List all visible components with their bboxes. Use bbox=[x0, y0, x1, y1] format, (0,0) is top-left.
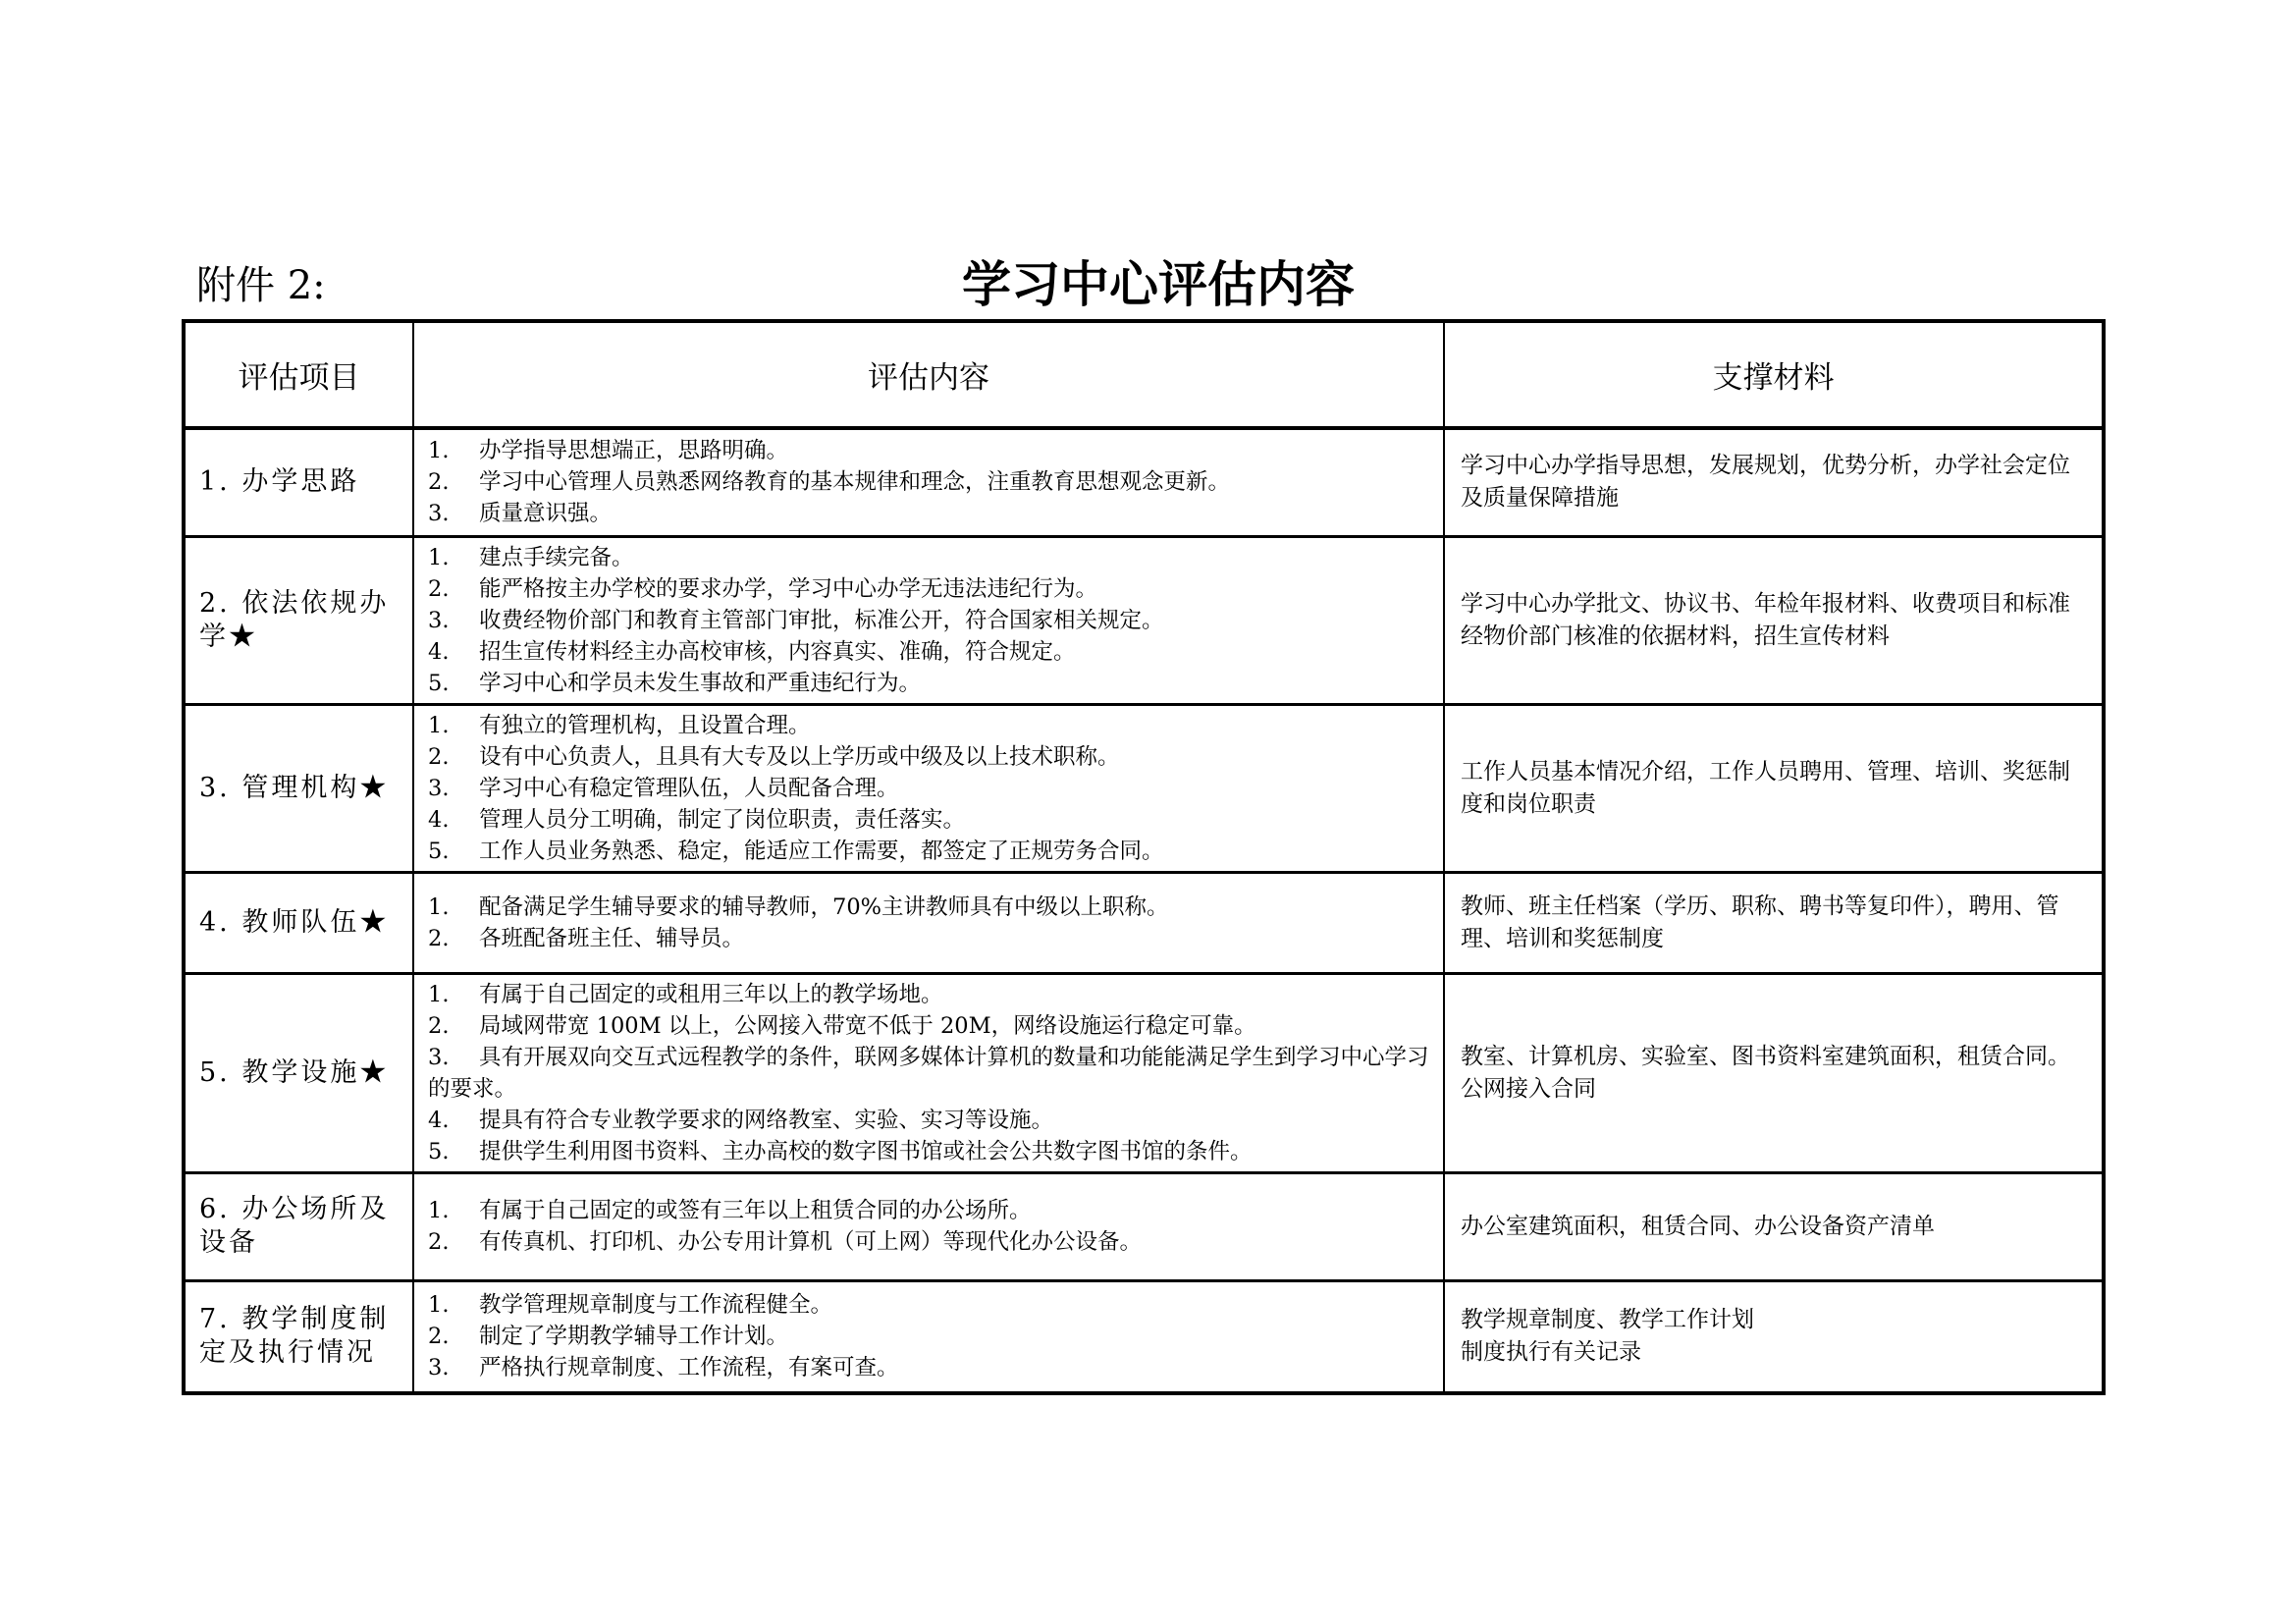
table-row: 6. 办公场所及设备1.有属于自己固定的或签有三年以上租赁合同的办公场所。2.有… bbox=[184, 1172, 2104, 1280]
list-text: 教学管理规章制度与工作流程健全。 bbox=[479, 1292, 832, 1318]
column-header-materials: 支撑材料 bbox=[1444, 321, 2104, 428]
content-list: 1.有独立的管理机构，且设置合理。2.设有中心负责人，且具有大专及以上学历或中级… bbox=[428, 710, 1431, 867]
list-number: 1. bbox=[428, 1289, 479, 1321]
list-text: 能严格按主办学校的要求办学，学习中心办学无违法违纪行为。 bbox=[479, 576, 1097, 602]
list-text: 学习中心管理人员熟悉网络教育的基本规律和理念，注重教育思想观念更新。 bbox=[479, 469, 1230, 495]
content-list-item: 2.有传真机、打印机、办公专用计算机（可上网）等现代化办公设备。 bbox=[428, 1226, 1431, 1258]
content-list-item: 2.制定了学期教学辅导工作计划。 bbox=[428, 1321, 1431, 1352]
list-text: 各班配备班主任、辅导员。 bbox=[479, 926, 744, 951]
evaluation-content: 1.有独立的管理机构，且设置合理。2.设有中心负责人，且具有大专及以上学历或中级… bbox=[413, 704, 1444, 872]
content-list-item: 1.配备满足学生辅导要求的辅导教师，70%主讲教师具有中级以上职称。 bbox=[428, 892, 1431, 923]
list-number: 2. bbox=[428, 1321, 479, 1352]
list-text: 具有开展双向交互式远程教学的条件，联网多媒体计算机的数量和功能能满足学生到学习中… bbox=[428, 1045, 1429, 1102]
content-list-item: 2.各班配备班主任、辅导员。 bbox=[428, 923, 1431, 954]
list-text: 管理人员分工明确，制定了岗位职责，责任落实。 bbox=[479, 807, 965, 833]
content-list-item: 2.学习中心管理人员熟悉网络教育的基本规律和理念，注重教育思想观念更新。 bbox=[428, 466, 1431, 498]
content-list-item: 4.管理人员分工明确，制定了岗位职责，责任落实。 bbox=[428, 804, 1431, 836]
list-text: 提具有符合专业教学要求的网络教室、实验、实习等设施。 bbox=[479, 1108, 1053, 1133]
supporting-materials: 学习中心办学指导思想，发展规划，优势分析，办学社会定位及质量保障措施 bbox=[1444, 428, 2104, 536]
table-row: 5. 教学设施★1.有属于自己固定的或租用三年以上的教学场地。2.局域网带宽 1… bbox=[184, 973, 2104, 1172]
supporting-materials: 工作人员基本情况介绍，工作人员聘用、管理、培训、奖惩制度和岗位职责 bbox=[1444, 704, 2104, 872]
list-text: 设有中心负责人，且具有大专及以上学历或中级及以上技术职称。 bbox=[479, 744, 1120, 770]
list-text: 收费经物价部门和教育主管部门审批，标准公开，符合国家相关规定。 bbox=[479, 608, 1164, 633]
list-text: 建点手续完备。 bbox=[479, 545, 634, 570]
list-text: 办学指导思想端正，思路明确。 bbox=[479, 438, 788, 463]
content-list-item: 3.质量意识强。 bbox=[428, 498, 1431, 529]
list-text: 有独立的管理机构，且设置合理。 bbox=[479, 713, 811, 738]
list-number: 3. bbox=[428, 1042, 479, 1073]
list-text: 质量意识强。 bbox=[479, 501, 612, 526]
table-row: 2. 依法依规办学★1.建点手续完备。2.能严格按主办学校的要求办学，学习中心办… bbox=[184, 536, 2104, 704]
list-number: 2. bbox=[428, 1226, 479, 1258]
list-number: 2. bbox=[428, 741, 479, 773]
table-body: 1. 办学思路1.办学指导思想端正，思路明确。2.学习中心管理人员熟悉网络教育的… bbox=[184, 428, 2104, 1393]
content-list: 1.教学管理规章制度与工作流程健全。2.制定了学期教学辅导工作计划。3.严格执行… bbox=[428, 1289, 1431, 1383]
list-text: 学习中心有稳定管理队伍，人员配备合理。 bbox=[479, 776, 899, 801]
column-header-item: 评估项目 bbox=[184, 321, 413, 428]
evaluation-item: 2. 依法依规办学★ bbox=[184, 536, 413, 704]
list-number: 4. bbox=[428, 804, 479, 836]
evaluation-content: 1.有属于自己固定的或租用三年以上的教学场地。2.局域网带宽 100M 以上，公… bbox=[413, 973, 1444, 1172]
list-number: 1. bbox=[428, 542, 479, 573]
content-list-item: 5.工作人员业务熟悉、稳定，能适应工作需要，都签定了正规劳务合同。 bbox=[428, 836, 1431, 867]
list-number: 3. bbox=[428, 773, 479, 804]
content-list-item: 1.建点手续完备。 bbox=[428, 542, 1431, 573]
content-list-item: 1.教学管理规章制度与工作流程健全。 bbox=[428, 1289, 1431, 1321]
table-row: 7. 教学制度制定及执行情况1.教学管理规章制度与工作流程健全。2.制定了学期教… bbox=[184, 1280, 2104, 1393]
list-number: 1. bbox=[428, 1195, 479, 1226]
list-text: 学习中心和学员未发生事故和严重违纪行为。 bbox=[479, 671, 921, 696]
content-list-item: 2.设有中心负责人，且具有大专及以上学历或中级及以上技术职称。 bbox=[428, 741, 1431, 773]
list-number: 1. bbox=[428, 435, 479, 466]
content-list: 1.建点手续完备。2.能严格按主办学校的要求办学，学习中心办学无违法违纪行为。3… bbox=[428, 542, 1431, 699]
content-list-item: 2.能严格按主办学校的要求办学，学习中心办学无违法违纪行为。 bbox=[428, 573, 1431, 605]
page-title: 学习中心评估内容 bbox=[962, 257, 1355, 312]
list-number: 3. bbox=[428, 1352, 479, 1383]
list-number: 5. bbox=[428, 836, 479, 867]
content-list-item: 4.提具有符合专业教学要求的网络教室、实验、实习等设施。 bbox=[428, 1105, 1431, 1136]
evaluation-table: 评估项目 评估内容 支撑材料 1. 办学思路1.办学指导思想端正，思路明确。2.… bbox=[182, 319, 2106, 1395]
annex-label: 附件 2: bbox=[196, 261, 326, 310]
list-number: 2. bbox=[428, 923, 479, 954]
content-list-item: 5.提供学生利用图书资料、主办高校的数字图书馆或社会公共数字图书馆的条件。 bbox=[428, 1136, 1431, 1167]
evaluation-item: 5. 教学设施★ bbox=[184, 973, 413, 1172]
list-number: 4. bbox=[428, 1105, 479, 1136]
content-list-item: 1.有属于自己固定的或租用三年以上的教学场地。 bbox=[428, 979, 1431, 1010]
list-number: 4. bbox=[428, 636, 479, 668]
evaluation-item: 6. 办公场所及设备 bbox=[184, 1172, 413, 1280]
content-list-item: 3.学习中心有稳定管理队伍，人员配备合理。 bbox=[428, 773, 1431, 804]
list-number: 1. bbox=[428, 710, 479, 741]
list-text: 制定了学期教学辅导工作计划。 bbox=[479, 1324, 788, 1349]
evaluation-item: 7. 教学制度制定及执行情况 bbox=[184, 1280, 413, 1393]
list-number: 2. bbox=[428, 1010, 479, 1042]
list-number: 1. bbox=[428, 979, 479, 1010]
table-row: 3. 管理机构★1.有独立的管理机构，且设置合理。2.设有中心负责人，且具有大专… bbox=[184, 704, 2104, 872]
table-row: 1. 办学思路1.办学指导思想端正，思路明确。2.学习中心管理人员熟悉网络教育的… bbox=[184, 428, 2104, 536]
content-list: 1.配备满足学生辅导要求的辅导教师，70%主讲教师具有中级以上职称。2.各班配备… bbox=[428, 892, 1431, 954]
supporting-materials: 教室、计算机房、实验室、图书资料室建筑面积，租赁合同。公网接入合同 bbox=[1444, 973, 2104, 1172]
content-list-item: 1.有独立的管理机构，且设置合理。 bbox=[428, 710, 1431, 741]
content-list-item: 1.有属于自己固定的或签有三年以上租赁合同的办公场所。 bbox=[428, 1195, 1431, 1226]
content-list: 1.有属于自己固定的或签有三年以上租赁合同的办公场所。2.有传真机、打印机、办公… bbox=[428, 1195, 1431, 1258]
column-header-content: 评估内容 bbox=[413, 321, 1444, 428]
content-list-item: 3.具有开展双向交互式远程教学的条件，联网多媒体计算机的数量和功能能满足学生到学… bbox=[428, 1042, 1431, 1105]
list-text: 局域网带宽 100M 以上，公网接入带宽不低于 20M，网络设施运行稳定可靠。 bbox=[479, 1013, 1256, 1039]
supporting-materials: 教学规章制度、教学工作计划 制度执行有关记录 bbox=[1444, 1280, 2104, 1393]
supporting-materials: 教师、班主任档案（学历、职称、聘书等复印件），聘用、管理、培训和奖惩制度 bbox=[1444, 872, 2104, 973]
content-list-item: 3.严格执行规章制度、工作流程，有案可查。 bbox=[428, 1352, 1431, 1383]
evaluation-content: 1.有属于自己固定的或签有三年以上租赁合同的办公场所。2.有传真机、打印机、办公… bbox=[413, 1172, 1444, 1280]
list-text: 有属于自己固定的或签有三年以上租赁合同的办公场所。 bbox=[479, 1198, 1032, 1223]
list-text: 严格执行规章制度、工作流程，有案可查。 bbox=[479, 1355, 899, 1380]
evaluation-content: 1.配备满足学生辅导要求的辅导教师，70%主讲教师具有中级以上职称。2.各班配备… bbox=[413, 872, 1444, 973]
content-list-item: 5.学习中心和学员未发生事故和严重违纪行为。 bbox=[428, 668, 1431, 699]
list-number: 2. bbox=[428, 466, 479, 498]
list-number: 5. bbox=[428, 668, 479, 699]
evaluation-content: 1.建点手续完备。2.能严格按主办学校的要求办学，学习中心办学无违法违纪行为。3… bbox=[413, 536, 1444, 704]
evaluation-item: 3. 管理机构★ bbox=[184, 704, 413, 872]
list-text: 配备满足学生辅导要求的辅导教师，70%主讲教师具有中级以上职称。 bbox=[479, 894, 1169, 920]
list-text: 工作人员业务熟悉、稳定，能适应工作需要，都签定了正规劳务合同。 bbox=[479, 839, 1164, 864]
list-number: 1. bbox=[428, 892, 479, 923]
content-list-item: 4.招生宣传材料经主办高校审核，内容真实、准确，符合规定。 bbox=[428, 636, 1431, 668]
list-text: 有属于自己固定的或租用三年以上的教学场地。 bbox=[479, 982, 943, 1007]
content-list-item: 1.办学指导思想端正，思路明确。 bbox=[428, 435, 1431, 466]
list-number: 3. bbox=[428, 605, 479, 636]
list-text: 有传真机、打印机、办公专用计算机（可上网）等现代化办公设备。 bbox=[479, 1229, 1142, 1255]
evaluation-item: 1. 办学思路 bbox=[184, 428, 413, 536]
list-number: 2. bbox=[428, 573, 479, 605]
supporting-materials: 学习中心办学批文、协议书、年检年报材料、收费项目和标准经物价部门核准的依据材料，… bbox=[1444, 536, 2104, 704]
content-list: 1.有属于自己固定的或租用三年以上的教学场地。2.局域网带宽 100M 以上，公… bbox=[428, 979, 1431, 1167]
table-header-row: 评估项目 评估内容 支撑材料 bbox=[184, 321, 2104, 428]
table-row: 4. 教师队伍★1.配备满足学生辅导要求的辅导教师，70%主讲教师具有中级以上职… bbox=[184, 872, 2104, 973]
content-list-item: 2.局域网带宽 100M 以上，公网接入带宽不低于 20M，网络设施运行稳定可靠… bbox=[428, 1010, 1431, 1042]
list-number: 5. bbox=[428, 1136, 479, 1167]
content-list-item: 3.收费经物价部门和教育主管部门审批，标准公开，符合国家相关规定。 bbox=[428, 605, 1431, 636]
evaluation-item: 4. 教师队伍★ bbox=[184, 872, 413, 973]
list-text: 提供学生利用图书资料、主办高校的数字图书馆或社会公共数字图书馆的条件。 bbox=[479, 1139, 1253, 1164]
list-number: 3. bbox=[428, 498, 479, 529]
evaluation-content: 1.教学管理规章制度与工作流程健全。2.制定了学期教学辅导工作计划。3.严格执行… bbox=[413, 1280, 1444, 1393]
content-list: 1.办学指导思想端正，思路明确。2.学习中心管理人员熟悉网络教育的基本规律和理念… bbox=[428, 435, 1431, 529]
evaluation-content: 1.办学指导思想端正，思路明确。2.学习中心管理人员熟悉网络教育的基本规律和理念… bbox=[413, 428, 1444, 536]
supporting-materials: 办公室建筑面积，租赁合同、办公设备资产清单 bbox=[1444, 1172, 2104, 1280]
list-text: 招生宣传材料经主办高校审核，内容真实、准确，符合规定。 bbox=[479, 639, 1076, 665]
